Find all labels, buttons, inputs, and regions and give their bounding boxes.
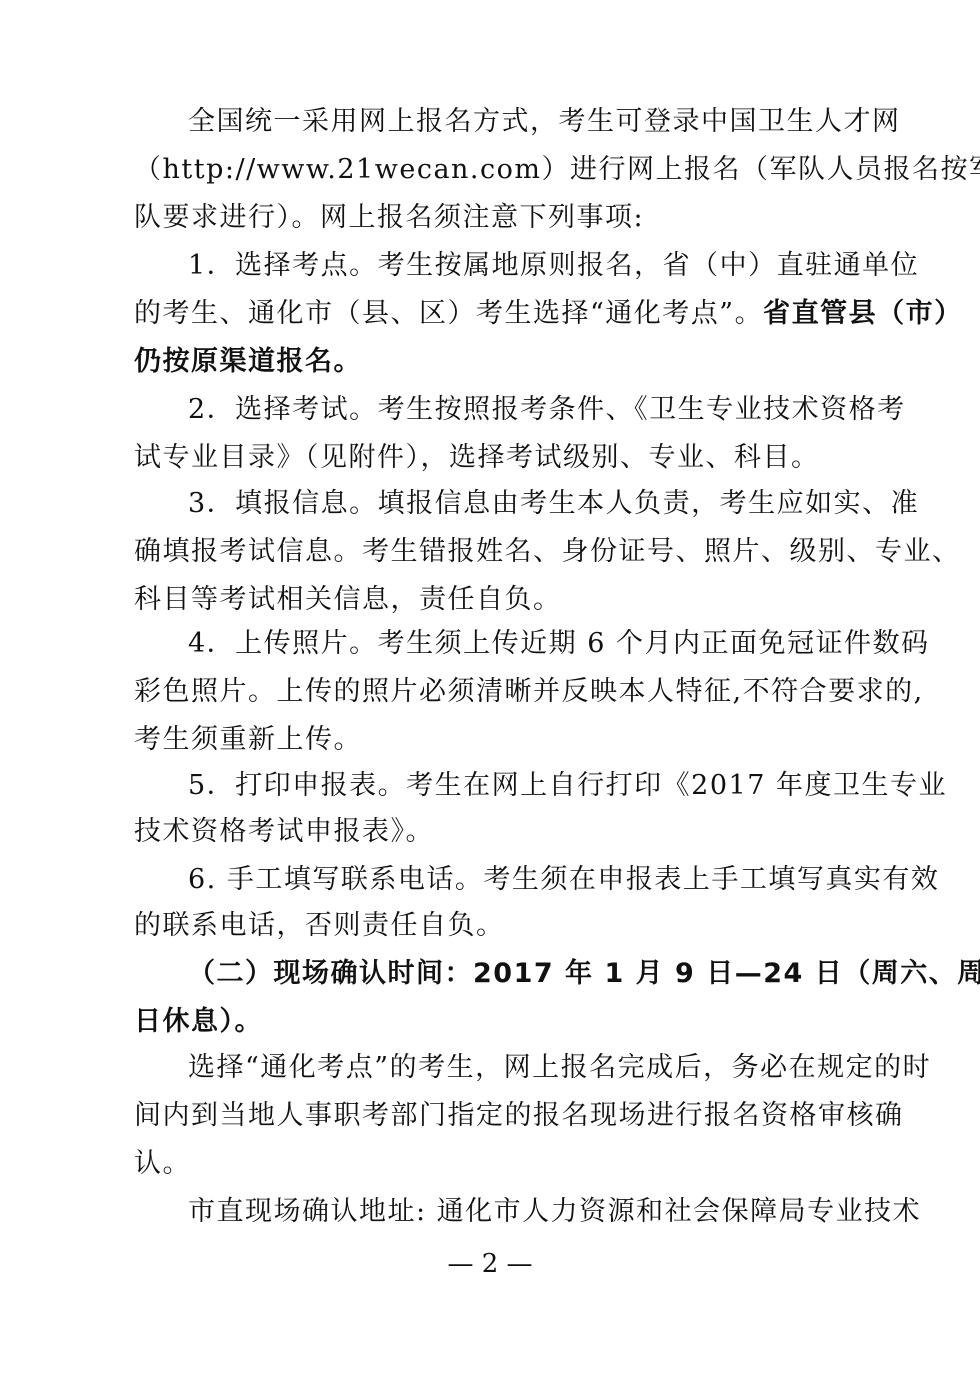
text-line: 仍按原渠道报名。	[134, 338, 858, 386]
text-line: 市直现场确认地址: 通化市人力资源和社会保障局专业技术	[188, 1188, 858, 1236]
bold-emphasis: 省直管县（市）	[763, 298, 963, 329]
text-line: 科目等考试相关信息，责任自负。	[134, 576, 858, 624]
text-line: 2．选择考试。考生按照报考条件、《卫生专业技术资格考	[188, 386, 858, 434]
text-line: 确填报考试信息。考生错报姓名、身份证号、照片、级别、专业、	[134, 528, 858, 576]
text-line: 试专业目录》（见附件），选择考试级别、专业、科目。	[134, 434, 858, 482]
bold-emphasis: 仍按原渠道报名。	[134, 346, 362, 377]
text-line: 3．填报信息。填报信息由考生本人负责，考生应如实、准	[188, 480, 858, 528]
text-line: 队要求进行）。网上报名须注意下列事项:	[134, 194, 858, 242]
bold-heading: 日休息）。	[134, 1006, 263, 1037]
text-line: 彩色照片。上传的照片必须清晰并反映本人特征,不符合要求的,	[134, 668, 858, 716]
text-line: 5．打印申报表。考生在网上自行打印《2017 年度卫生专业	[188, 762, 858, 810]
text-line: 认。	[134, 1140, 858, 1188]
text-line: 选择“通化考点”的考生，网上报名完成后，务必在规定的时	[188, 1044, 858, 1092]
heading-line: 日休息）。	[134, 998, 858, 1046]
text-line: 间内到当地人事职考部门指定的报名现场进行报名资格审核确	[134, 1092, 858, 1140]
text-line: 的考生、通化市（县、区）考生选择“通化考点”。省直管县（市）	[134, 290, 858, 338]
bold-heading: （二）现场确认时间：2017 年 1 月 9 日—24 日（周六、周	[188, 958, 980, 989]
text-segment: 的考生、通化市（县、区）考生选择“通化考点”。	[134, 298, 763, 329]
text-line: 1．选择考点。考生按属地原则报名，省（中）直驻通单位	[188, 242, 858, 290]
text-line: 的联系电话，否则责任自负。	[134, 902, 858, 950]
text-line: 全国统一采用网上报名方式，考生可登录中国卫生人才网	[188, 98, 858, 146]
text-line: 考生须重新上传。	[134, 716, 858, 764]
heading-line: （二）现场确认时间：2017 年 1 月 9 日—24 日（周六、周	[188, 950, 858, 998]
page-number: — 2 —	[0, 1240, 980, 1288]
document-page: 全国统一采用网上报名方式，考生可登录中国卫生人才网 （http://www.21…	[0, 0, 980, 1385]
text-line: 6. 手工填写联系电话。考生须在申报表上手工填写真实有效	[188, 856, 858, 904]
text-line: 4．上传照片。考生须上传近期 6 个月内正面免冠证件数码	[188, 620, 858, 668]
text-line: 技术资格考试申报表》。	[134, 808, 858, 856]
text-line-url: （http://www.21wecan.com）进行网上报名（军队人员报名按军	[134, 146, 858, 194]
